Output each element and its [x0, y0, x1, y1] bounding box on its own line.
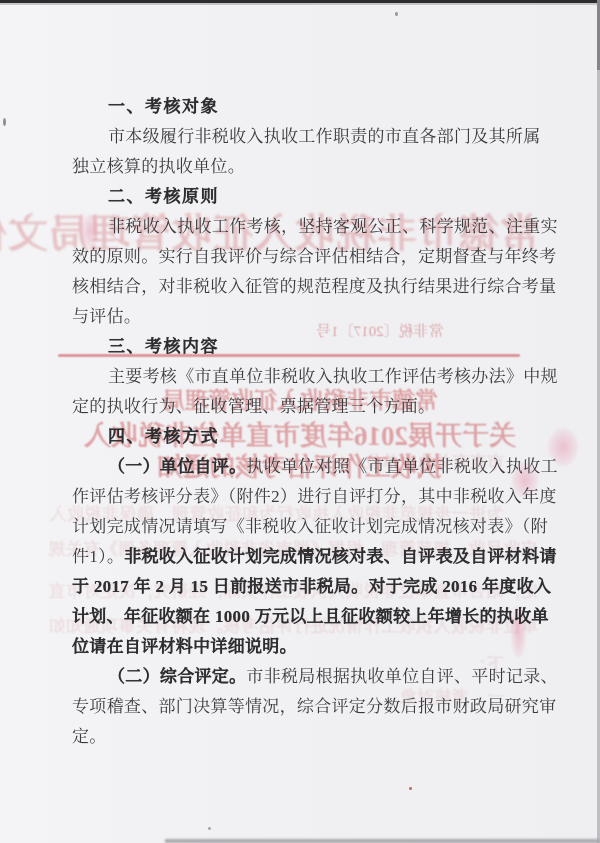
text-segment: 二、考核原则	[108, 187, 219, 206]
text-segment: 一、考核对象	[108, 97, 219, 116]
text-segment: 非税收入执收工作考核，坚持客观公正、科学规范、注重实	[108, 217, 558, 236]
text-segment: 执收单位对照《市直单位非税收入执收工	[246, 457, 557, 476]
section-heading-line: 三、考核内容	[72, 334, 534, 364]
text-line: （二）综合评定。市非税局根据执收单位自评、平时记录、	[72, 664, 534, 694]
section-heading-line: 一、考核对象	[72, 94, 534, 124]
text-line: 核相结合，对非税收入征管的规范程度及执行结果进行综合考量	[72, 274, 534, 304]
text-line: 与评估。	[72, 304, 534, 334]
text-line: 非税收入执收工作考核，坚持客观公正、科学规范、注重实	[72, 214, 534, 244]
text-line: 独立核算的执收单位。	[72, 154, 534, 184]
scan-speck	[208, 827, 211, 830]
text-line: 市本级履行非税收入执收工作职责的市直各部门及其所属	[72, 124, 534, 154]
text-line: 作评估考核评分表》（附件2）进行自评打分，其中非税收入年度	[72, 484, 534, 514]
section-heading-line: 二、考核原则	[72, 184, 534, 214]
text-segment: 效的原则。实行自我评价与综合评估相结合，定期督查与年终考	[72, 247, 556, 266]
text-line: 定。	[72, 724, 534, 754]
text-segment: 非税收入征收计划完成情况核对表、自评表及自评材料请	[124, 547, 557, 566]
text-line: 效的原则。实行自我评价与综合评估相结合，定期督查与年终考	[72, 244, 534, 274]
text-segment: 主要考核《市直单位非税收入执收工作评估考核办法》中规	[108, 367, 558, 386]
text-segment: 于 2017 年 2 月 15 日前报送市非税局。对于完成 2016 年度收入	[72, 577, 551, 596]
text-segment: 市本级履行非税收入执收工作职责的市直各部门及其所属	[108, 127, 541, 146]
text-line: 专项稽查、部门决算等情况，综合评定分数后报市财政局研究审	[72, 694, 534, 724]
text-segment: （一）单位自评。	[108, 457, 246, 476]
text-line: 计划、年征收额在 1000 万元以上且征收额较上年增长的执收单	[72, 604, 534, 634]
text-line: 定的执收行为、征收管理、票据管理三个方面。	[72, 394, 534, 424]
text-line: 主要考核《市直单位非税收入执收工作评估考核办法》中规	[72, 364, 534, 394]
text-segment: 定。	[72, 727, 107, 746]
text-segment: 核相结合，对非税收入征管的规范程度及执行结果进行综合考量	[72, 277, 556, 296]
scan-speck	[395, 12, 398, 16]
text-segment: 市非税局根据执收单位自评、平时记录、	[246, 667, 557, 686]
text-segment: 独立核算的执收单位。	[72, 157, 245, 176]
text-line: 位请在自评材料中详细说明。	[72, 634, 534, 664]
scanned-document-page: 常德市非税收入征收管理局文件 常非税〔2017〕1号 常德市非税收入征收管理局关…	[0, 0, 600, 843]
text-segment: 专项稽查、部门决算等情况，综合评定分数后报市财政局研究审	[72, 697, 556, 716]
text-segment: 与评估。	[72, 307, 141, 326]
scan-edge-top-shadow	[0, 3, 600, 5]
scan-speck	[409, 787, 412, 790]
text-segment: （二）综合评定。	[108, 667, 246, 686]
text-segment: 四、考核方式	[108, 427, 219, 446]
text-layer: 一、考核对象市本级履行非税收入执收工作职责的市直各部门及其所属独立核算的执收单位…	[72, 94, 534, 754]
text-line: 计划完成情况请填写《非税收入征收计划完成情况核对表》（附	[72, 514, 534, 544]
text-line: 件1）。非税收入征收计划完成情况核对表、自评表及自评材料请	[72, 544, 534, 574]
text-segment: 作评估考核评分表》（附件2）进行自评打分，其中非税收入年度	[72, 487, 557, 506]
text-segment: 定的执收行为、征收管理、票据管理三个方面。	[72, 397, 435, 416]
scan-speck	[3, 118, 6, 126]
text-line: （一）单位自评。执收单位对照《市直单位非税收入执收工	[72, 454, 534, 484]
text-line: 于 2017 年 2 月 15 日前报送市非税局。对于完成 2016 年度收入	[72, 574, 534, 604]
text-segment: 件1）。	[72, 547, 124, 566]
text-segment: 位请在自评材料中详细说明。	[72, 637, 297, 656]
text-segment: 计划、年征收额在 1000 万元以上且征收额较上年增长的执收单	[72, 607, 549, 626]
scan-edge-bottom	[165, 839, 600, 843]
section-heading-line: 四、考核方式	[72, 424, 534, 454]
text-segment: 计划完成情况请填写《非税收入征收计划完成情况核对表》（附	[72, 517, 548, 536]
text-segment: 三、考核内容	[108, 337, 219, 356]
